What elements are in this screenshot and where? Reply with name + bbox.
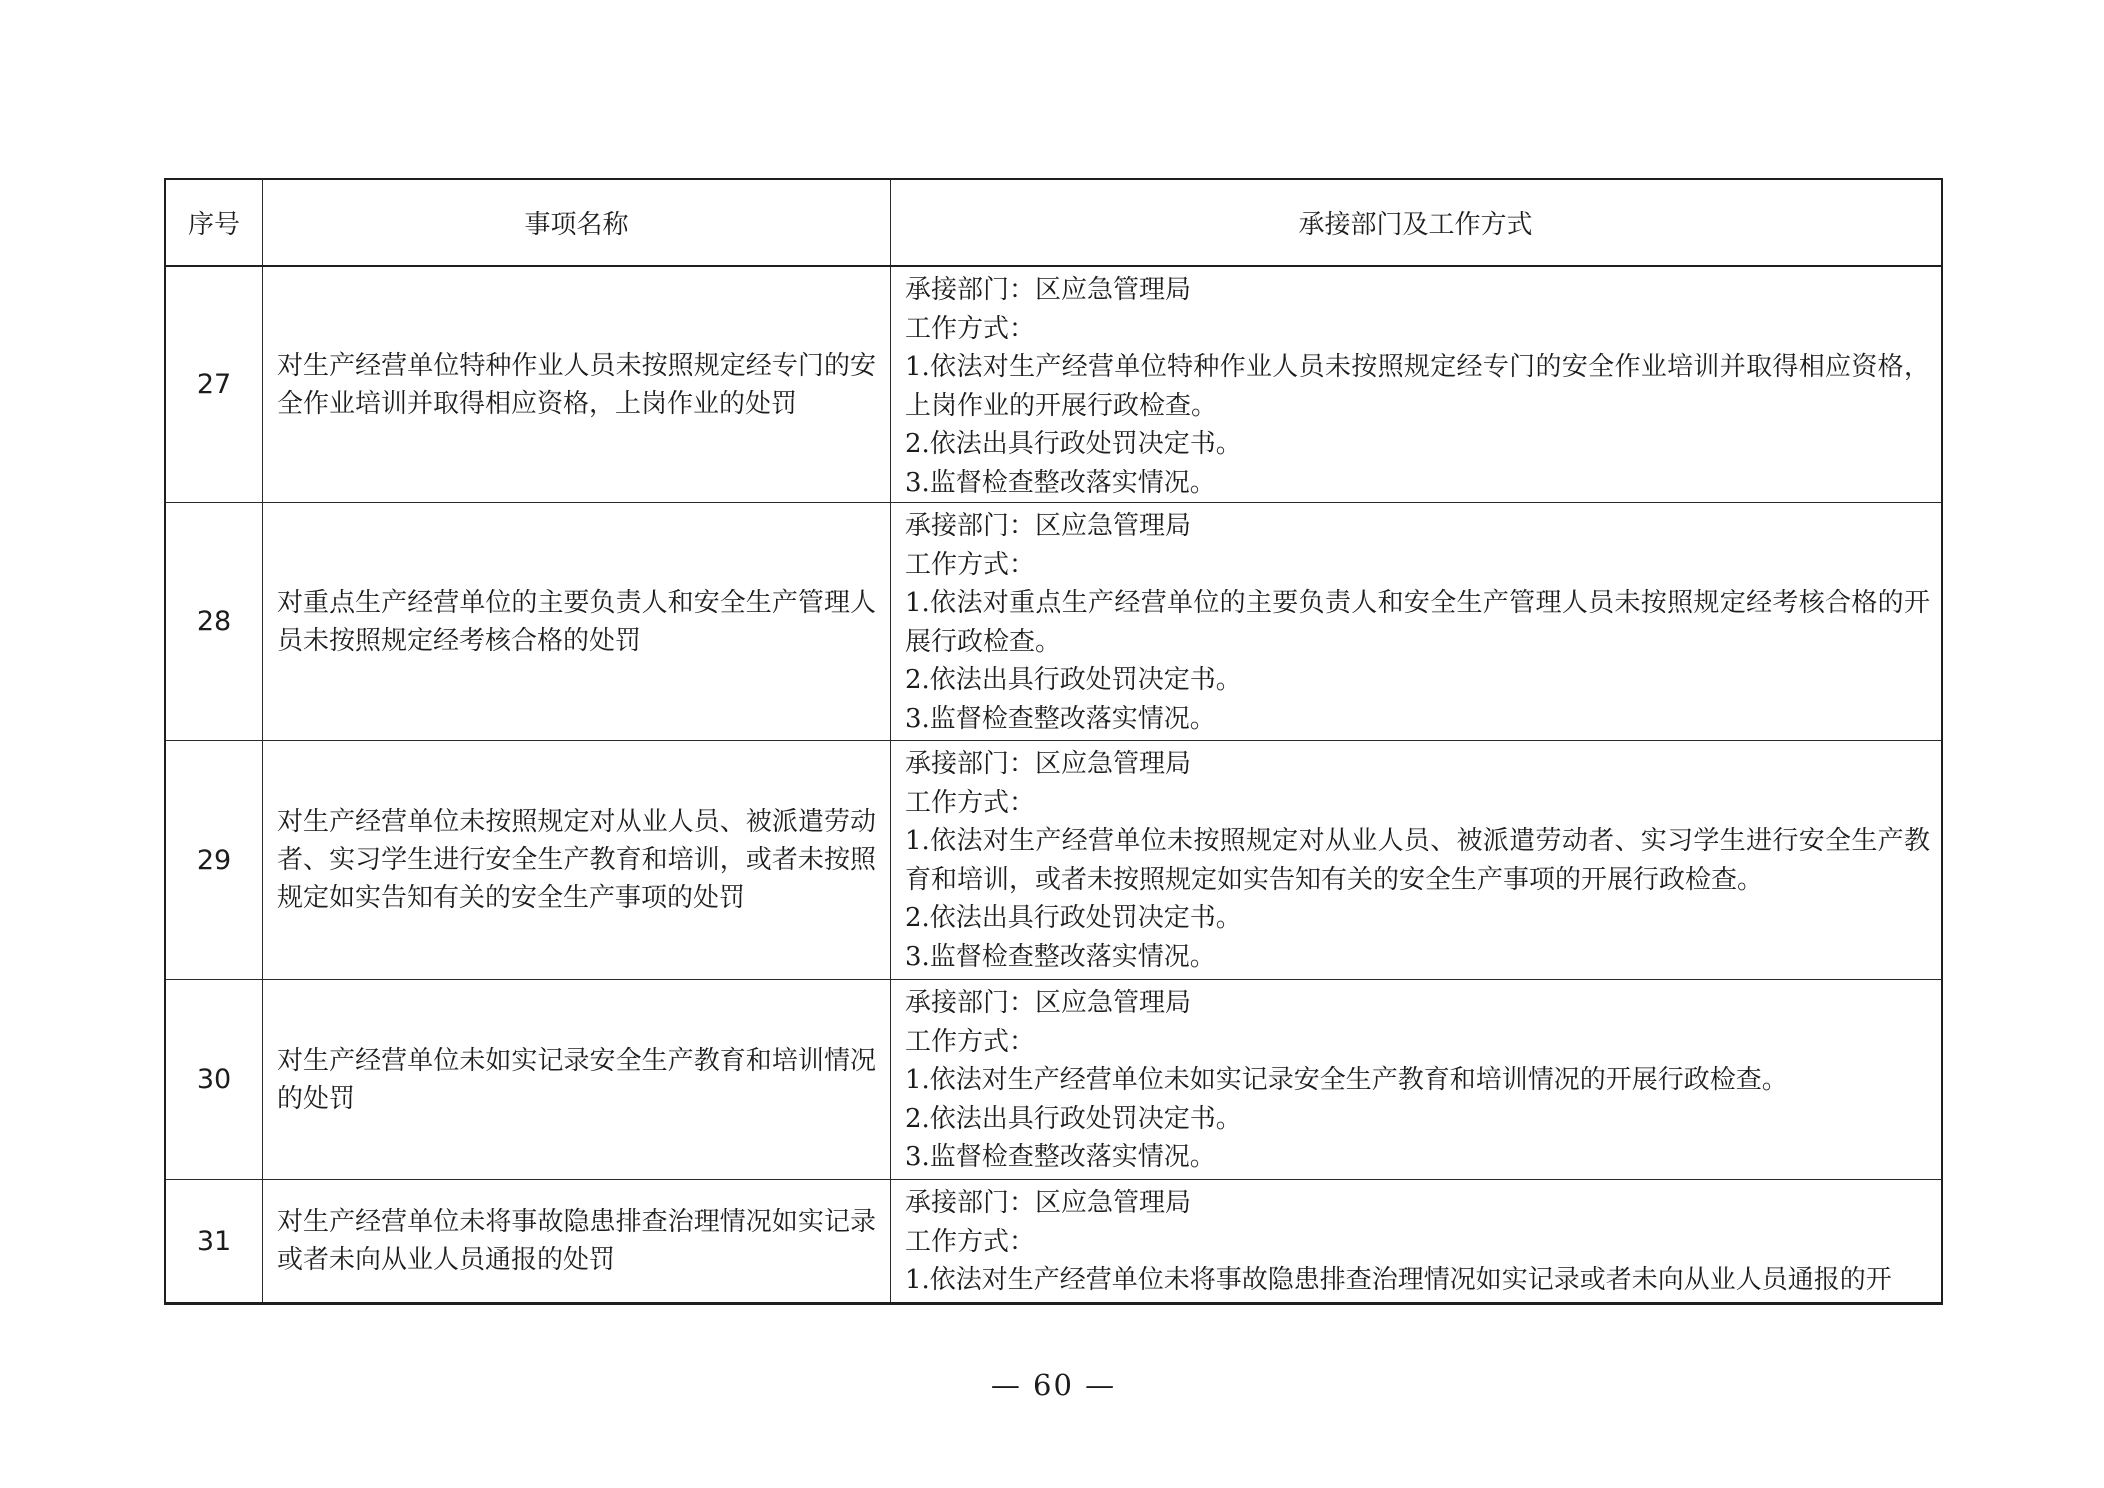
detail-line: 工作方式： — [905, 1223, 1930, 1262]
detail-line: 1.依法对重点生产经营单位的主要负责人和安全生产管理人员未按照规定经考核合格的开… — [905, 584, 1930, 661]
item-detail: 承接部门：区应急管理局 工作方式： 1.依法对生产经营单位未如实记录安全生产教育… — [891, 980, 1940, 1179]
item-name: 对重点生产经营单位的主要负责人和安全生产管理人员未按照规定经考核合格的处罚 — [263, 503, 891, 740]
item-name: 对生产经营单位特种作业人员未按照规定经专门的安全作业培训并取得相应资格，上岗作业… — [263, 267, 891, 502]
item-name: 对生产经营单位未将事故隐患排查治理情况如实记录或者未向从业人员通报的处罚 — [263, 1180, 891, 1302]
page-number: — 60 — — [164, 1368, 1943, 1402]
detail-line: 1.依法对生产经营单位未将事故隐患排查治理情况如实记录或者未向从业人员通报的开 — [905, 1261, 1930, 1300]
detail-line: 1.依法对生产经营单位未如实记录安全生产教育和培训情况的开展行政检查。 — [905, 1061, 1930, 1100]
detail-line: 承接部门：区应急管理局 — [905, 1184, 1930, 1223]
item-detail: 承接部门：区应急管理局 工作方式： 1.依法对重点生产经营单位的主要负责人和安全… — [891, 503, 1940, 740]
detail-line: 工作方式： — [905, 1023, 1930, 1062]
detail-line: 2.依法出具行政处罚决定书。 — [905, 425, 1930, 464]
detail-line: 3.监督检查整改落实情况。 — [905, 700, 1930, 739]
table-row-29: 29 对生产经营单位未按照规定对从业人员、被派遣劳动者、实习学生进行安全生产教育… — [166, 741, 1941, 980]
header-col-item-name: 事项名称 — [263, 180, 891, 265]
detail-line: 工作方式： — [905, 310, 1930, 349]
row-number: 30 — [166, 980, 263, 1179]
detail-line: 2.依法出具行政处罚决定书。 — [905, 899, 1930, 938]
row-number: 31 — [166, 1180, 263, 1302]
detail-line: 承接部门：区应急管理局 — [905, 984, 1930, 1023]
table-row-28: 28 对重点生产经营单位的主要负责人和安全生产管理人员未按照规定经考核合格的处罚… — [166, 503, 1941, 741]
header-col-serial: 序号 — [166, 180, 263, 265]
item-detail: 承接部门：区应急管理局 工作方式： 1.依法对生产经营单位未按照规定对从业人员、… — [891, 741, 1940, 979]
row-number: 29 — [166, 741, 263, 979]
item-detail: 承接部门：区应急管理局 工作方式： 1.依法对生产经营单位特种作业人员未按照规定… — [891, 267, 1940, 502]
detail-line: 1.依法对生产经营单位未按照规定对从业人员、被派遣劳动者、实习学生进行安全生产教… — [905, 822, 1930, 899]
row-number: 27 — [166, 267, 263, 502]
detail-line: 2.依法出具行政处罚决定书。 — [905, 1100, 1930, 1139]
table-row-30: 30 对生产经营单位未如实记录安全生产教育和培训情况的处罚 承接部门：区应急管理… — [166, 980, 1941, 1180]
detail-line: 1.依法对生产经营单位特种作业人员未按照规定经专门的安全作业培训并取得相应资格，… — [905, 348, 1930, 425]
table-header-row: 序号 事项名称 承接部门及工作方式 — [166, 180, 1941, 267]
item-name: 对生产经营单位未按照规定对从业人员、被派遣劳动者、实习学生进行安全生产教育和培训… — [263, 741, 891, 979]
detail-line: 3.监督检查整改落实情况。 — [905, 1138, 1930, 1177]
detail-line: 承接部门：区应急管理局 — [905, 507, 1930, 546]
detail-line: 工作方式： — [905, 546, 1930, 585]
document-page: 序号 事项名称 承接部门及工作方式 27 对生产经营单位特种作业人员未按照规定经… — [0, 0, 2104, 1488]
detail-line: 工作方式： — [905, 784, 1930, 823]
item-name: 对生产经营单位未如实记录安全生产教育和培训情况的处罚 — [263, 980, 891, 1179]
detail-line: 2.依法出具行政处罚决定书。 — [905, 661, 1930, 700]
detail-line: 承接部门：区应急管理局 — [905, 271, 1930, 310]
item-detail: 承接部门：区应急管理局 工作方式： 1.依法对生产经营单位未将事故隐患排查治理情… — [891, 1180, 1940, 1302]
detail-line: 3.监督检查整改落实情况。 — [905, 938, 1930, 977]
table-row-27: 27 对生产经营单位特种作业人员未按照规定经专门的安全作业培训并取得相应资格，上… — [166, 267, 1941, 503]
row-number: 28 — [166, 503, 263, 740]
detail-line: 3.监督检查整改落实情况。 — [905, 464, 1930, 503]
table-row-31: 31 对生产经营单位未将事故隐患排查治理情况如实记录或者未向从业人员通报的处罚 … — [166, 1180, 1941, 1302]
detail-line: 承接部门：区应急管理局 — [905, 745, 1930, 784]
header-col-department: 承接部门及工作方式 — [891, 180, 1940, 265]
items-table: 序号 事项名称 承接部门及工作方式 27 对生产经营单位特种作业人员未按照规定经… — [164, 178, 1943, 1305]
